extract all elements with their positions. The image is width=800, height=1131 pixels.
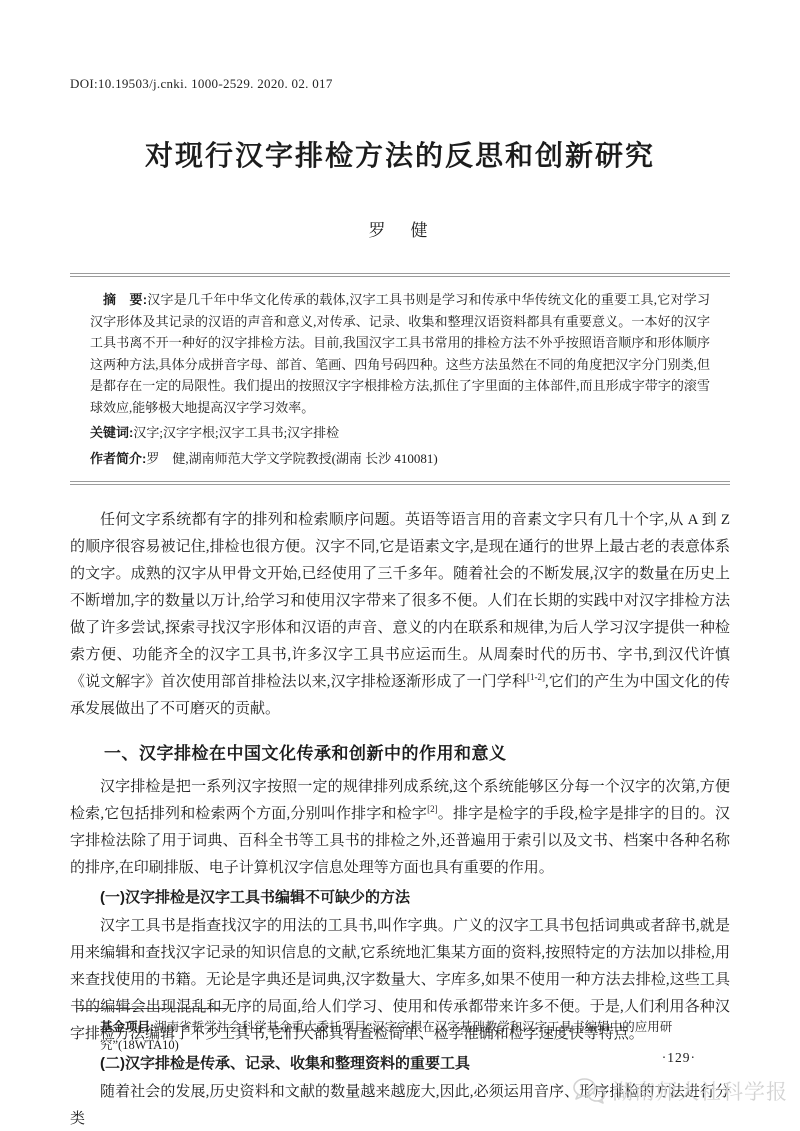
watermark-text: 湖南师大社科学报 <box>612 1076 788 1106</box>
document-page: DOI:10.19503/j.cnki. 1000-2529. 2020. 02… <box>0 0 800 1131</box>
paragraph-2: 汉字排检是把一系列汉字按照一定的规律排列成系统,这个系统能够区分每一个汉字的次第… <box>70 774 730 882</box>
section-heading-1: 一、汉字排检在中国文化传承和创新中的作用和意义 <box>70 739 730 764</box>
keywords-label: 关键词: <box>90 425 133 440</box>
abstract-section: 摘 要:汉字是几千年中华文化传承的载体,汉字工具书则是学习和传承中华传统文化的重… <box>70 273 730 485</box>
abstract-text: 汉字是几千年中华文化传承的载体,汉字工具书则是学习和传承中华传统文化的重要工具,… <box>90 292 710 415</box>
citation-ref-1: [1-2] <box>527 672 545 682</box>
intro-paragraph: 任何文字系统都有字的排列和检索顺序问题。英语等语言用的音素文字只有几十个字,从 … <box>70 507 730 723</box>
page-content: DOI:10.19503/j.cnki. 1000-2529. 2020. 02… <box>0 0 800 1131</box>
abstract-label: 摘 要: <box>103 292 147 307</box>
doi-text: DOI:10.19503/j.cnki. 1000-2529. 2020. 02… <box>70 76 730 92</box>
author-name: 罗 健 <box>70 216 730 241</box>
funding-text: 湖南省哲学社会科学基金重大委托项目“汉字字根在汉字基础教学和汉字工具书编辑中的应… <box>100 1020 672 1052</box>
citation-ref-2: [2] <box>427 804 438 814</box>
author-bio-label: 作者简介: <box>90 451 146 466</box>
funding-label: 基金项目: <box>100 1020 154 1034</box>
footnote-section: 基金项目:湖南省哲学社会科学基金重大委托项目“汉字字根在汉字基础教学和汉字工具书… <box>70 1008 730 1054</box>
footnote-line: 基金项目:湖南省哲学社会科学基金重大委托项目“汉字字根在汉字基础教学和汉字工具书… <box>70 1018 730 1054</box>
author-bio-line: 作者简介:罗 健,湖南师范大学文学院教授(湖南 长沙 410081) <box>90 448 710 470</box>
intro-text-1: 任何文字系统都有字的排列和检索顺序问题。英语等语言用的音素文字只有几十个字,从 … <box>70 512 730 690</box>
keywords-text: 汉字;汉字字根;汉字工具书;汉字排检 <box>133 425 339 440</box>
page-number: ·129· <box>662 1050 696 1066</box>
subsection-heading-2: (二)汉字排检是传承、记录、收集和整理资料的重要工具 <box>70 1050 730 1077</box>
keywords-line: 关键词:汉字;汉字字根;汉字工具书;汉字排检 <box>90 422 710 444</box>
author-bio-text: 罗 健,湖南师范大学文学院教授(湖南 长沙 410081) <box>146 451 437 466</box>
subsection-heading-1: (一)汉字排检是汉字工具书编辑不可缺少的方法 <box>70 884 730 911</box>
paper-title: 对现行汉字排检方法的反思和创新研究 <box>70 138 730 176</box>
journal-watermark: 湖南师大社科学报 <box>572 1076 788 1106</box>
abstract-paragraph: 摘 要:汉字是几千年中华文化传承的载体,汉字工具书则是学习和传承中华传统文化的重… <box>90 289 710 418</box>
wechat-icon <box>572 1077 606 1105</box>
footnote-separator <box>76 1008 226 1009</box>
